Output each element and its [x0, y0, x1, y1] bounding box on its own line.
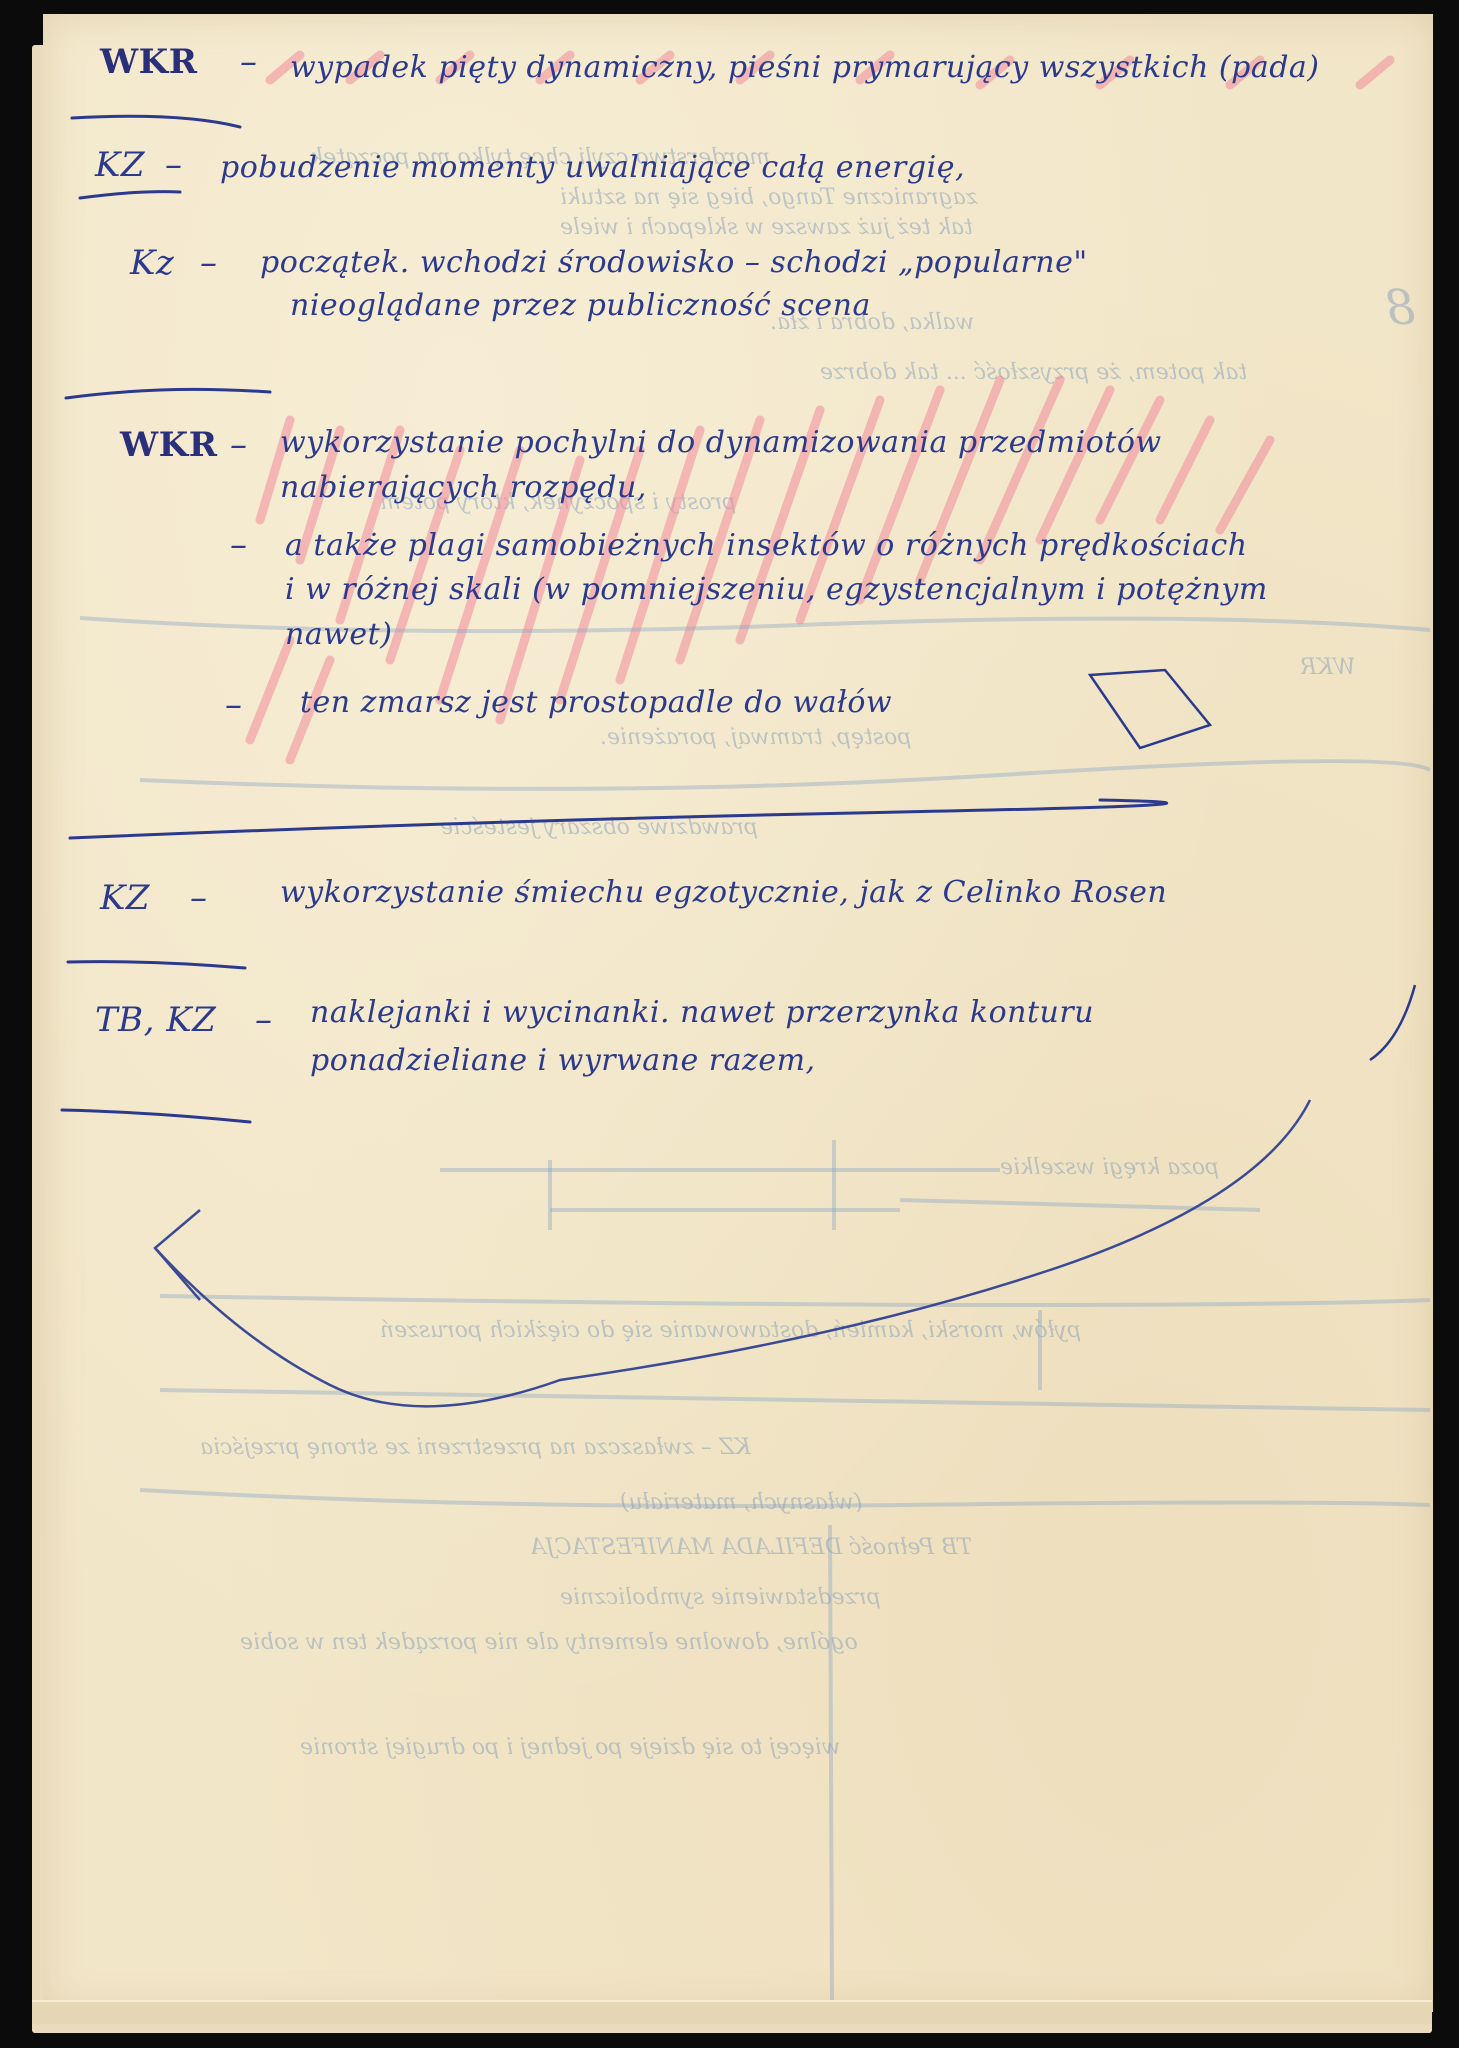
entry-text: nabierających rozpędu, [280, 470, 647, 505]
entry-text: a także plagi samobieżnych insektów o ró… [285, 528, 1248, 563]
entry-text: i w różnej skali (w pomniejszeniu, egzys… [285, 572, 1268, 607]
entry-dash: – [230, 525, 248, 565]
entry-dash: – [190, 878, 208, 918]
entry-dash: – [165, 145, 183, 185]
entry-label: Kz [130, 243, 174, 283]
entry-text: początek. wchodzi środowisko – schodzi „… [260, 245, 1088, 280]
bleed-through-rules [80, 618, 1430, 2000]
entry-text: ponadzieliane i wyrwane razem, [310, 1043, 816, 1078]
entry-label: KZ [100, 878, 150, 918]
entry-text: nawet) [285, 617, 392, 652]
entry-dash: – [225, 685, 243, 725]
entry-text: nieoglądane przez publiczność scena [290, 288, 871, 323]
entry-text: naklejanki i wycinanki. nawet przerzynka… [310, 995, 1094, 1030]
entry-text: wykorzystanie pochylni do dynamizowania … [280, 425, 1162, 460]
parallelogram-sketch [1090, 670, 1210, 748]
entry-text: ten zmarsz jest prostopadle do wałów [300, 685, 892, 720]
entry-dash: – [240, 42, 258, 82]
entry-label: WKR [120, 425, 218, 465]
entry-label: TB, KZ [95, 1000, 216, 1040]
entry-dash: – [200, 243, 218, 283]
entry-dash: – [230, 425, 248, 465]
entry-text: pobudzenie momenty uwalniające całą ener… [220, 150, 965, 185]
entry-text: wypadek pięty dynamiczny, pieśni prymaru… [290, 50, 1320, 85]
entry-label: WKR [100, 42, 198, 82]
margin-curve [1370, 985, 1415, 1060]
arrow-curve [155, 1100, 1310, 1406]
entry-label: KZ [95, 145, 145, 185]
entry-dash: – [255, 1000, 273, 1040]
entry-text: wykorzystanie śmiechu egzotycznie, jak z… [280, 875, 1167, 910]
